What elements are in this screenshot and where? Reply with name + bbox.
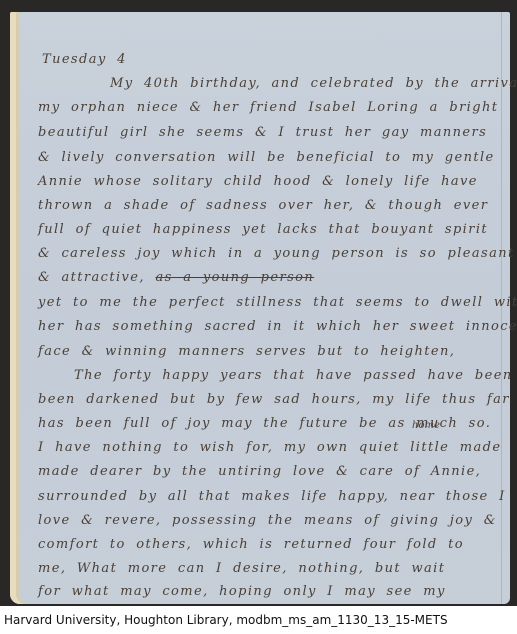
ms-line-9-text: & attractive, — [38, 270, 145, 285]
ms-line-13: The forty happy years that have passed h… — [74, 368, 486, 383]
ms-line-6: thrown a shade of sadness over her, & th… — [38, 198, 486, 213]
image-caption: Harvard University, Houghton Library, mo… — [2, 608, 517, 632]
ms-line-21: me, What more can I desire, nothing, but… — [38, 561, 486, 576]
ms-line-10: yet to me the perfect stillness that see… — [38, 295, 486, 310]
ms-line-12: face & winning manners serves but to hei… — [38, 344, 486, 359]
struck-text: as a young person — [155, 270, 314, 285]
ms-line-8: & careless joy which in a young person i… — [38, 246, 486, 261]
ms-line-14: been darkened but by few sad hours, my l… — [38, 392, 486, 407]
ms-line-16: I have nothing to wish for, my own quiet… — [38, 440, 486, 455]
ms-line-11: her has something sacred in it which her… — [38, 319, 486, 334]
ms-line-1: My 40th birthday, and celebrated by the … — [110, 76, 486, 91]
ms-line-4: & lively conversation will be beneficial… — [38, 150, 486, 165]
ms-line-2: my orphan niece & her friend Isabel Lori… — [38, 100, 486, 115]
ms-line-5: Annie whose solitary child hood & lonely… — [38, 174, 486, 189]
ms-line-7: full of quiet happiness yet lacks that b… — [38, 222, 486, 237]
ms-line-19: love & revere, possessing the means of g… — [38, 513, 486, 528]
ms-line-3: beautiful girl she seems & I trust her g… — [38, 125, 486, 140]
ms-line-20: comfort to others, which is returned fou… — [38, 537, 486, 552]
entry-heading: Tuesday 4 — [42, 52, 486, 67]
ms-line-17: made dearer by the untiring love & care … — [38, 464, 486, 479]
inserted-word: home — [412, 420, 440, 431]
ms-line-22: for what may come, hoping only I may see… — [38, 584, 486, 599]
ms-line-9: & attractive, as a young person — [38, 270, 486, 285]
manuscript-page: Tuesday 4 My 40th birthday, and celebrat… — [10, 12, 510, 604]
ms-line-18: surrounded by all that makes life happy,… — [38, 489, 486, 504]
